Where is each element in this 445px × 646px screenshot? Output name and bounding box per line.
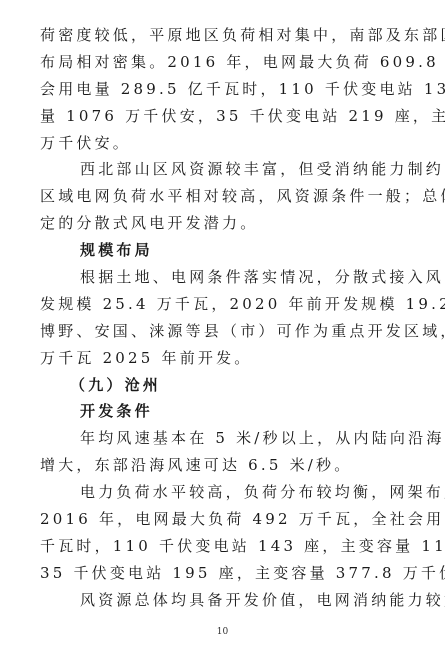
- paragraph-line: 区域电网负荷水平相对较高，风资源条件一般；总体具备一: [40, 183, 402, 210]
- paragraph-line: 根据土地、电网条件落实情况，分散式接入风电规划开: [40, 264, 402, 291]
- paragraph-line: 荷密度较低，平原地区负荷相对集中，南部及东部区域网架: [40, 22, 402, 49]
- page-number: 10: [0, 627, 445, 637]
- paragraph-line: 博野、安国、涞源等县（市）可作为重点开发区域，其余 6.2: [40, 318, 402, 345]
- section-heading-development-conditions: 开发条件: [40, 398, 402, 425]
- paragraph-line: 量 1076 万千伏安，35 千伏变电站 219 座，主变容量 374.9: [40, 103, 402, 130]
- paragraph-line: 年均风速基本在 5 米/秒以上，从内陆向沿海风速逐渐: [40, 425, 402, 452]
- paragraph-line: 万千瓦 2025 年前开发。: [40, 345, 402, 372]
- paragraph-line: 千瓦时，110 千伏变电站 143 座，主变容量 1147.7 万千伏安，: [40, 533, 402, 560]
- paragraph-line: 万千伏安。: [40, 130, 402, 157]
- paragraph-line: 风资源总体均具备开发价值，电网消纳能力较好，分散: [40, 587, 402, 614]
- paragraph-line: 布局相对密集。2016 年，电网最大负荷 609.8 万千瓦，全社: [40, 49, 402, 76]
- paragraph-line: 电力负荷水平较高，负荷分布较均衡，网架布局较密集。: [40, 479, 402, 506]
- paragraph-line: 会用电量 289.5 亿千瓦时，110 千伏变电站 134 座，主变容: [40, 76, 402, 103]
- paragraph-line: 2016 年，电网最大负荷 492 万千瓦，全社会用电量为 253 亿: [40, 506, 402, 533]
- document-page: 荷密度较低，平原地区负荷相对集中，南部及东部区域网架 布局相对密集。2016 年…: [40, 22, 402, 614]
- paragraph-line: 35 千伏变电站 195 座，主变容量 377.8 万千伏安。: [40, 560, 402, 587]
- paragraph-line: 西北部山区风资源较丰富，但受消纳能力制约；东南部: [40, 156, 402, 183]
- section-heading-scale-layout: 规模布局: [40, 237, 402, 264]
- paragraph-line: 增大，东部沿海风速可达 6.5 米/秒。: [40, 452, 402, 479]
- section-heading-cangzhou: （九）沧州: [40, 372, 402, 399]
- paragraph-line: 发规模 25.4 万千瓦，2020 年前开发规模 19.2 万千瓦，高阳、: [40, 291, 402, 318]
- paragraph-line: 定的分散式风电开发潜力。: [40, 210, 402, 237]
